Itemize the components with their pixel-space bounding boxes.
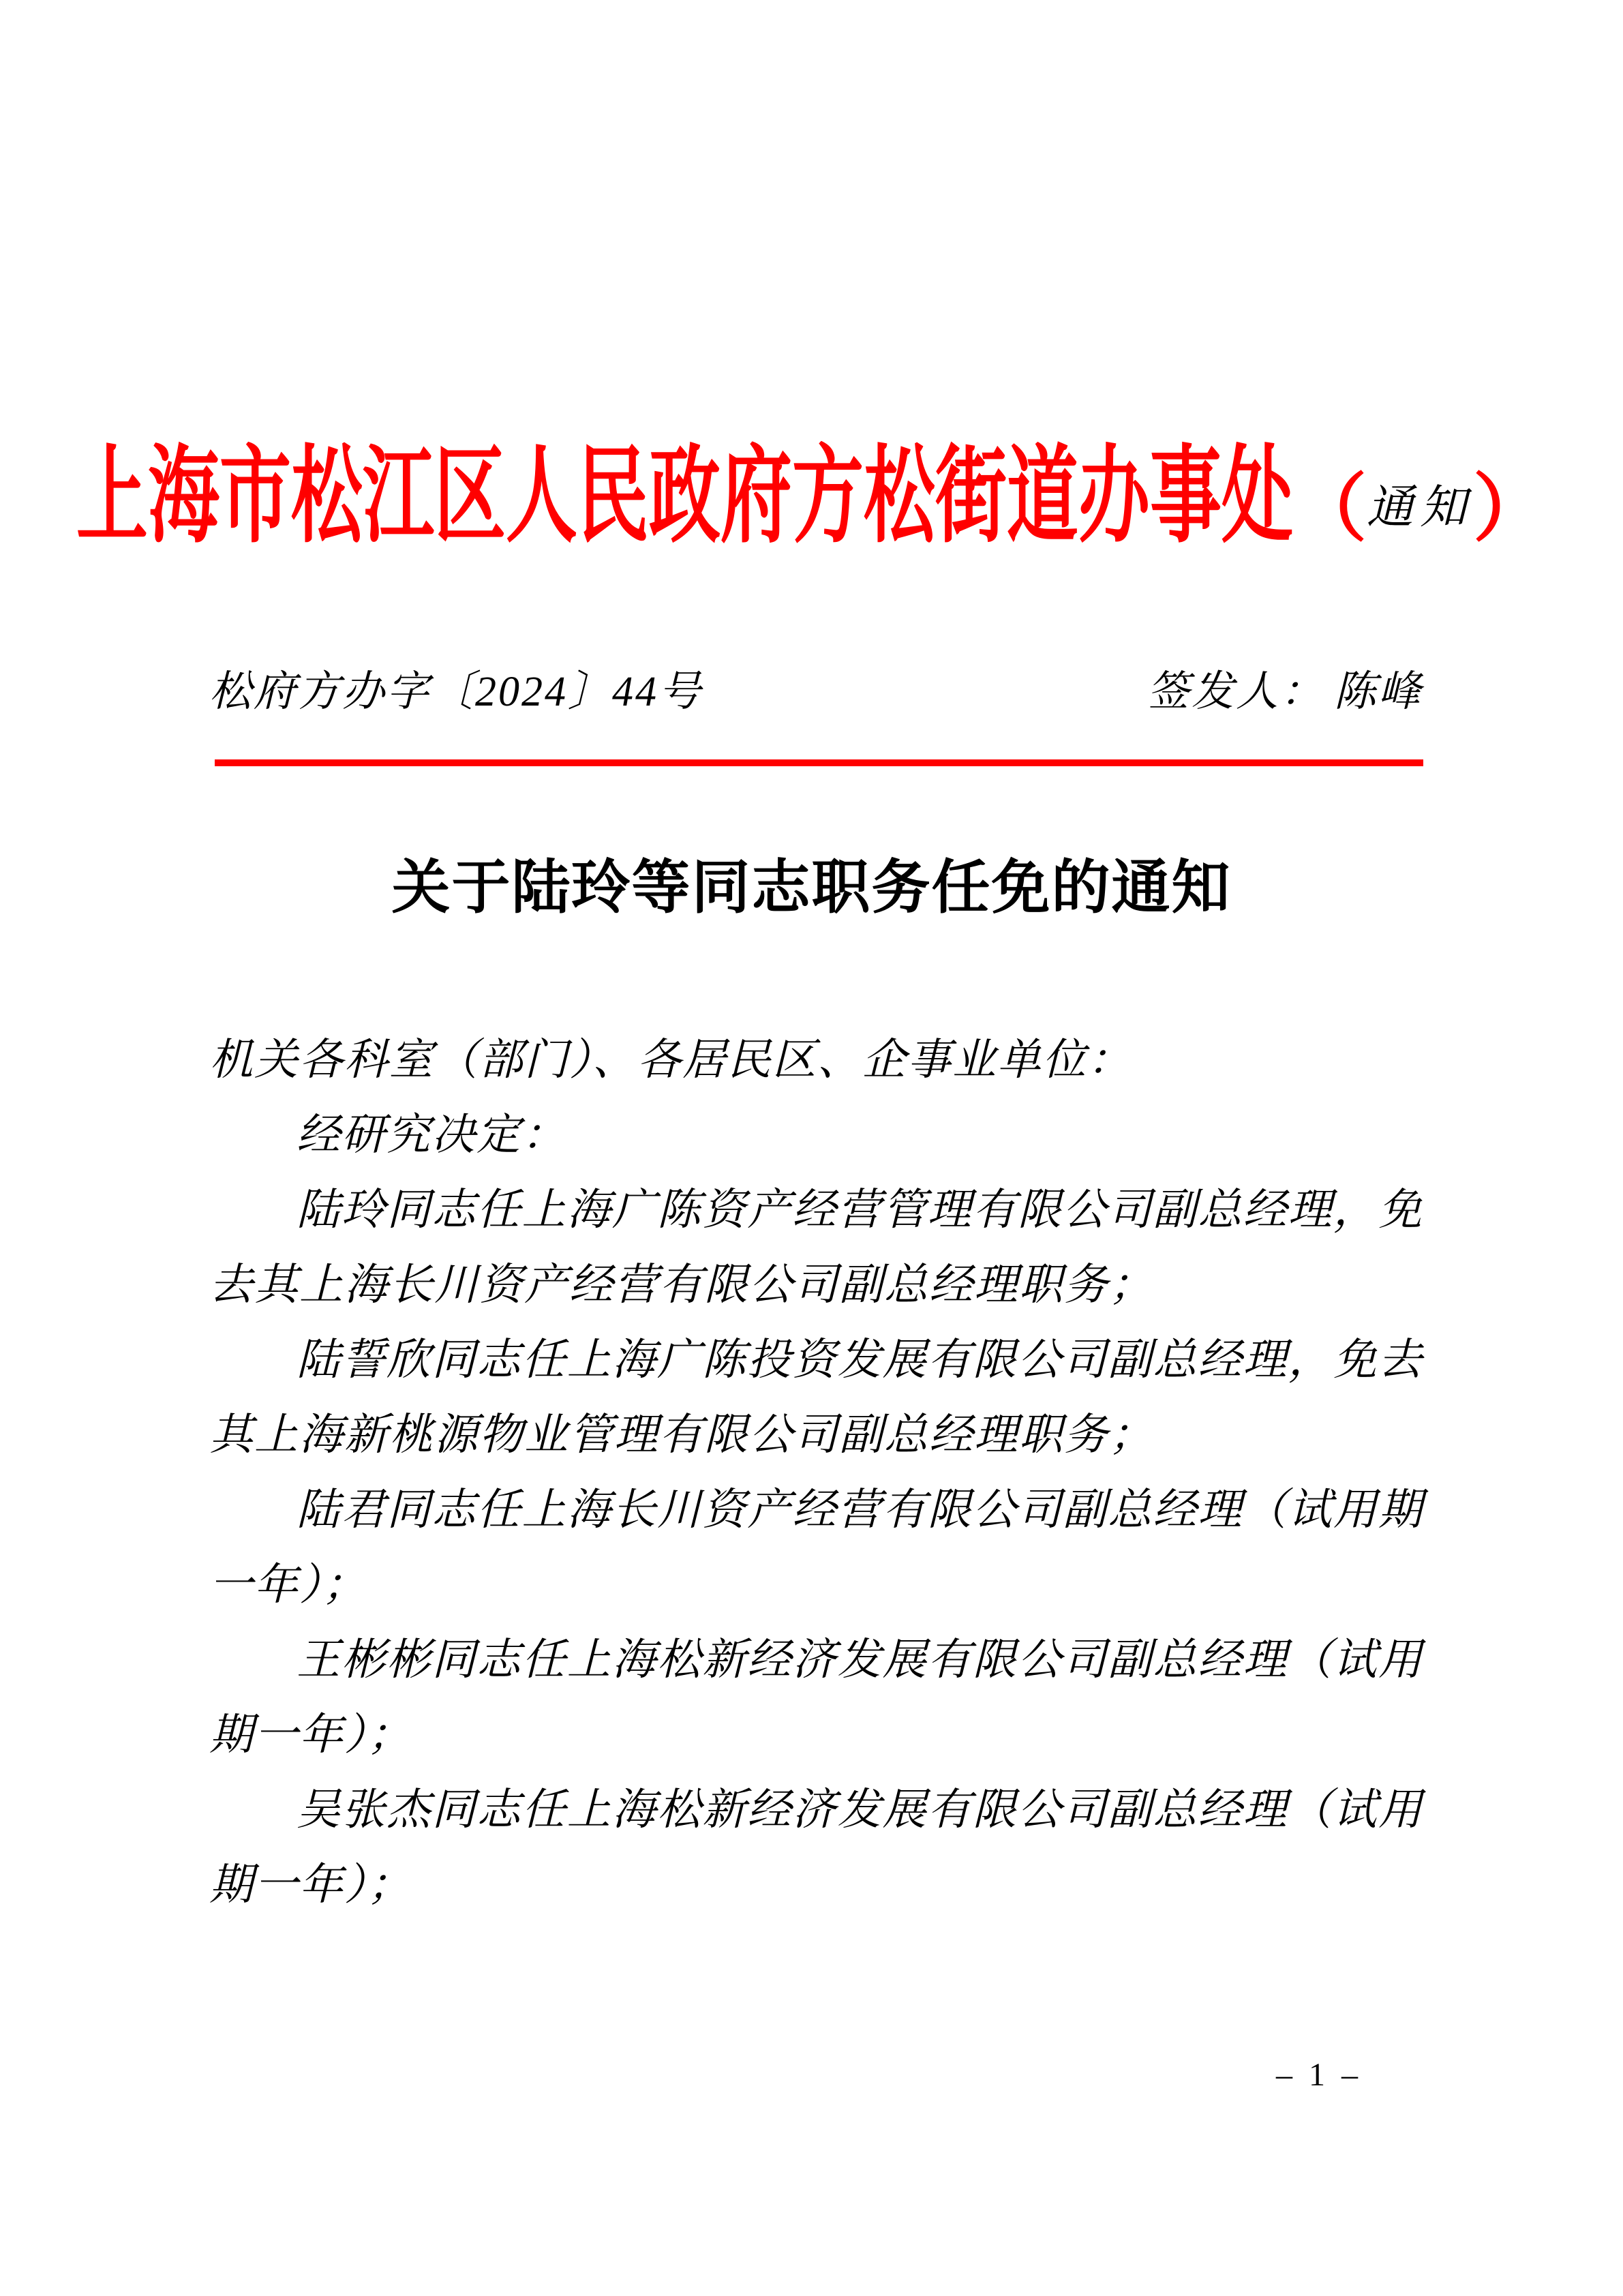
body-paragraph: 陆誓欣同志任上海广陈投资发展有限公司副总经理，免去其上海新桃源物业管理有限公司副… xyxy=(209,1323,1423,1472)
body-paragraph: 陆玲同志任上海广陈资产经营管理有限公司副总经理，免去其上海长川资产经营有限公司副… xyxy=(209,1173,1423,1323)
reference-line: 松府方办字〔2024〕44号 签发人：陈峰 xyxy=(209,665,1423,719)
body-paragraph: 吴张杰同志任上海松新经济发展有限公司副总经理（试用期一年）； xyxy=(209,1772,1423,1922)
page-number: – 1 – xyxy=(1276,2056,1362,2094)
red-separator-rule xyxy=(215,759,1423,766)
letterhead: 上海市松江区人民政府方松街道办事处（通知） xyxy=(0,477,1623,551)
salutation: 机关各科室（部门）、各居民区、企事业单位： xyxy=(209,1023,1423,1098)
body-paragraph: 经研究决定： xyxy=(209,1098,1423,1173)
document-page: 上海市松江区人民政府方松街道办事处（通知） 松府方办字〔2024〕44号 签发人… xyxy=(0,0,1623,2296)
letterhead-paren-open: （ xyxy=(1293,473,1367,547)
document-title: 关于陆玲等同志职务任免的通知 xyxy=(0,854,1623,922)
doc-number: 松府方办字〔2024〕44号 xyxy=(209,665,703,719)
document-body: 机关各科室（部门）、各居民区、企事业单位： 经研究决定： 陆玲同志任上海广陈资产… xyxy=(209,1023,1423,1922)
signer-label: 签发人： xyxy=(1147,669,1324,715)
letterhead-paren-close: ） xyxy=(1473,473,1547,547)
body-paragraph: 陆君同志任上海长川资产经营有限公司副总经理（试用期一年）； xyxy=(209,1472,1423,1622)
signer: 签发人：陈峰 xyxy=(1147,665,1423,719)
org-name: 上海市松江区人民政府方松街道办事处 xyxy=(76,444,1293,549)
letterhead-doc-type: 通知 xyxy=(1367,484,1473,530)
signer-name: 陈峰 xyxy=(1334,669,1423,715)
body-paragraph: 王彬彬同志任上海松新经济发展有限公司副总经理（试用期一年）； xyxy=(209,1622,1423,1772)
